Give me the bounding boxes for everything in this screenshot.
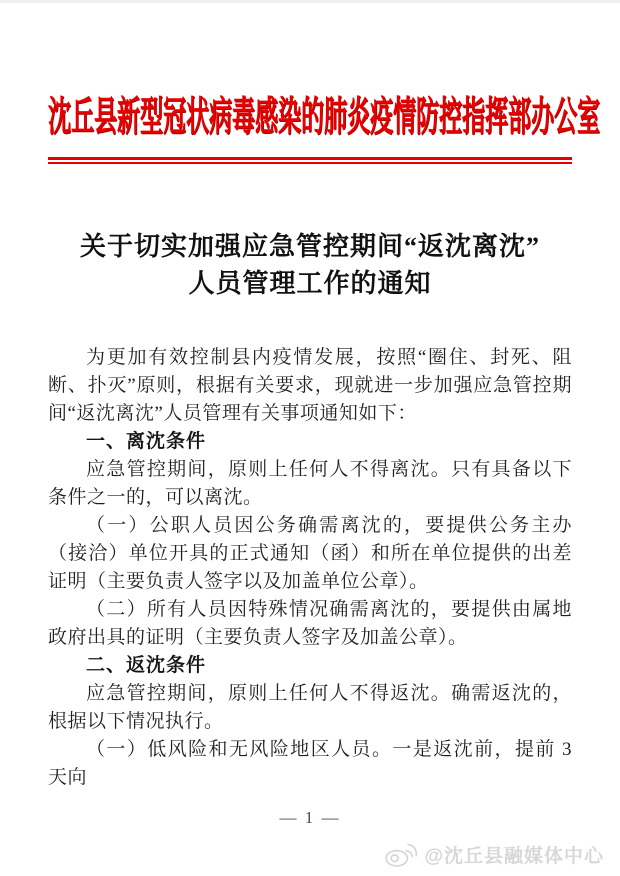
document-title: 关于切实加强应急管控期间“返沈离沈” 人员管理工作的通知 xyxy=(48,228,572,302)
section-heading-2: 二、返沈条件 xyxy=(48,652,572,680)
letterhead-title: 沈丘县新型冠状病毒感染的肺炎疫情防控指挥部办公室 xyxy=(48,85,600,143)
watermark-text: @沈丘县融媒体中心 xyxy=(424,841,604,868)
document-title-line1: 关于切实加强应急管控期间“返沈离沈” xyxy=(48,228,572,265)
paragraph-return-item1: （一）低风险和无风险地区人员。一是返沈前，提前 3 天向 xyxy=(48,736,572,792)
paragraph-leave-intro: 应急管控期间，原则上任何人不得离沈。只有具备以下条件之一的，可以离沈。 xyxy=(48,456,572,512)
watermark: @沈丘县融媒体中心 xyxy=(384,840,604,868)
letterhead-divider xyxy=(48,157,572,164)
page-number: — 1 — xyxy=(48,808,572,828)
paragraph-return-intro: 应急管控期间，原则上任何人不得返沈。确需返沈的，根据以下情况执行。 xyxy=(48,680,572,736)
document-body: 为更加有效控制县内疫情发展，按照“圈住、封死、阻断、扑灭”原则，根据有关要求，现… xyxy=(48,344,572,792)
section-heading-1: 一、离沈条件 xyxy=(48,428,572,456)
document-page: 沈丘县新型冠状病毒感染的肺炎疫情防控指挥部办公室 关于切实加强应急管控期间“返沈… xyxy=(0,0,620,876)
paragraph-intro: 为更加有效控制县内疫情发展，按照“圈住、封死、阻断、扑灭”原则，根据有关要求，现… xyxy=(48,344,572,428)
paragraph-leave-item1: （一）公职人员因公务确需离沈的，要提供公务主办（接洽）单位开具的正式通知（函）和… xyxy=(48,512,572,596)
document-title-line2: 人员管理工作的通知 xyxy=(48,265,572,302)
letterhead: 沈丘县新型冠状病毒感染的肺炎疫情防控指挥部办公室 xyxy=(48,97,572,145)
paragraph-leave-item2: （二）所有人员因特殊情况确需离沈的，要提供由属地政府出具的证明（主要负责人签字及… xyxy=(48,596,572,652)
weibo-icon xyxy=(384,840,418,868)
